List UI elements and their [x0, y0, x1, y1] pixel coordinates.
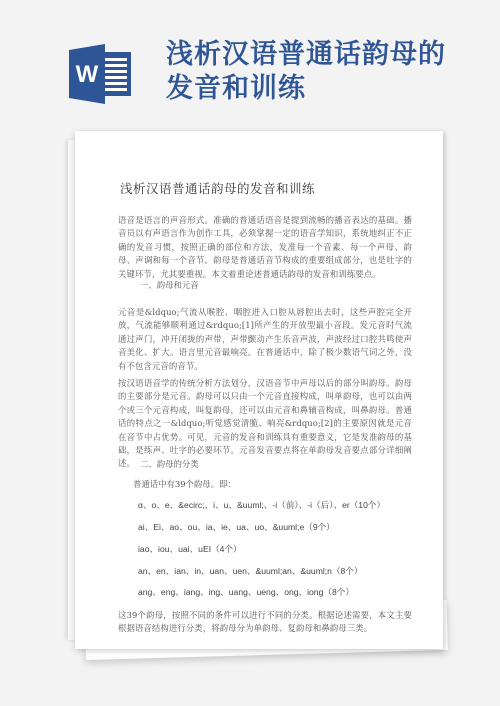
intro-paragraph: 语音是语言的声音形式。准确的普通话语音是提到流畅的播音表达的基础。播音员以有声语…	[118, 214, 412, 281]
finals-list-item: ai、Ei、ao、ou、ia、ie、ua、uo、&uuml;e（9个）	[138, 521, 335, 533]
closing-paragraph: 这39个韵母，按照不同的条件可以进行不同的分类。根据论述需要，本文主要根据语音结…	[118, 609, 412, 636]
banner-title-line2: 发音和训练	[166, 72, 466, 106]
document-title: 浅析汉语普通话韵母的发音和训练	[120, 179, 315, 197]
finals-list-item: iao、iou、uai、uEI（4个）	[138, 543, 242, 555]
word-icon: W	[69, 44, 133, 104]
banner-title: 浅析汉语普通话韵母的 发音和训练	[166, 38, 466, 106]
finals-list-item: an、en、ian、in、uan、uen、&uuml;an、&uuml;n（8个…	[138, 565, 363, 577]
finals-list-item: ang、eng、iang、ing、uang、ueng、ong、iong（8个）	[138, 586, 354, 598]
svg-text:W: W	[76, 61, 99, 88]
banner-title-line1: 浅析汉语普通话韵母的	[166, 38, 466, 72]
section-heading-1: 一、韵母和元音	[140, 279, 199, 291]
finals-list-item: α、o、e、&ecirc;、i、u、&uuml;、-i（前）、-i（后）、er（…	[138, 499, 385, 511]
section-heading-2: 二、韵母的分类	[140, 458, 199, 470]
document-page: 浅析汉语普通话韵母的发音和训练 语音是语言的声音形式。准确的普通话语音是提到流畅…	[75, 131, 443, 649]
section1-paragraph-2: 按汉语语音学的传统分析方法划分，汉语音节中声母以后的部分叫韵母。韵母的主要部分是…	[118, 377, 412, 471]
section1-paragraph: 元音是&ldquo;气流从喉腔、咽腔进入口腔从唇腔出去时，这些声腔完全开放，气流…	[118, 306, 412, 373]
header-banner: W 浅析汉语普通话韵母的 发音和训练	[0, 0, 500, 130]
finals-count-intro: 普通话中有39个韵母。即：	[133, 478, 236, 490]
